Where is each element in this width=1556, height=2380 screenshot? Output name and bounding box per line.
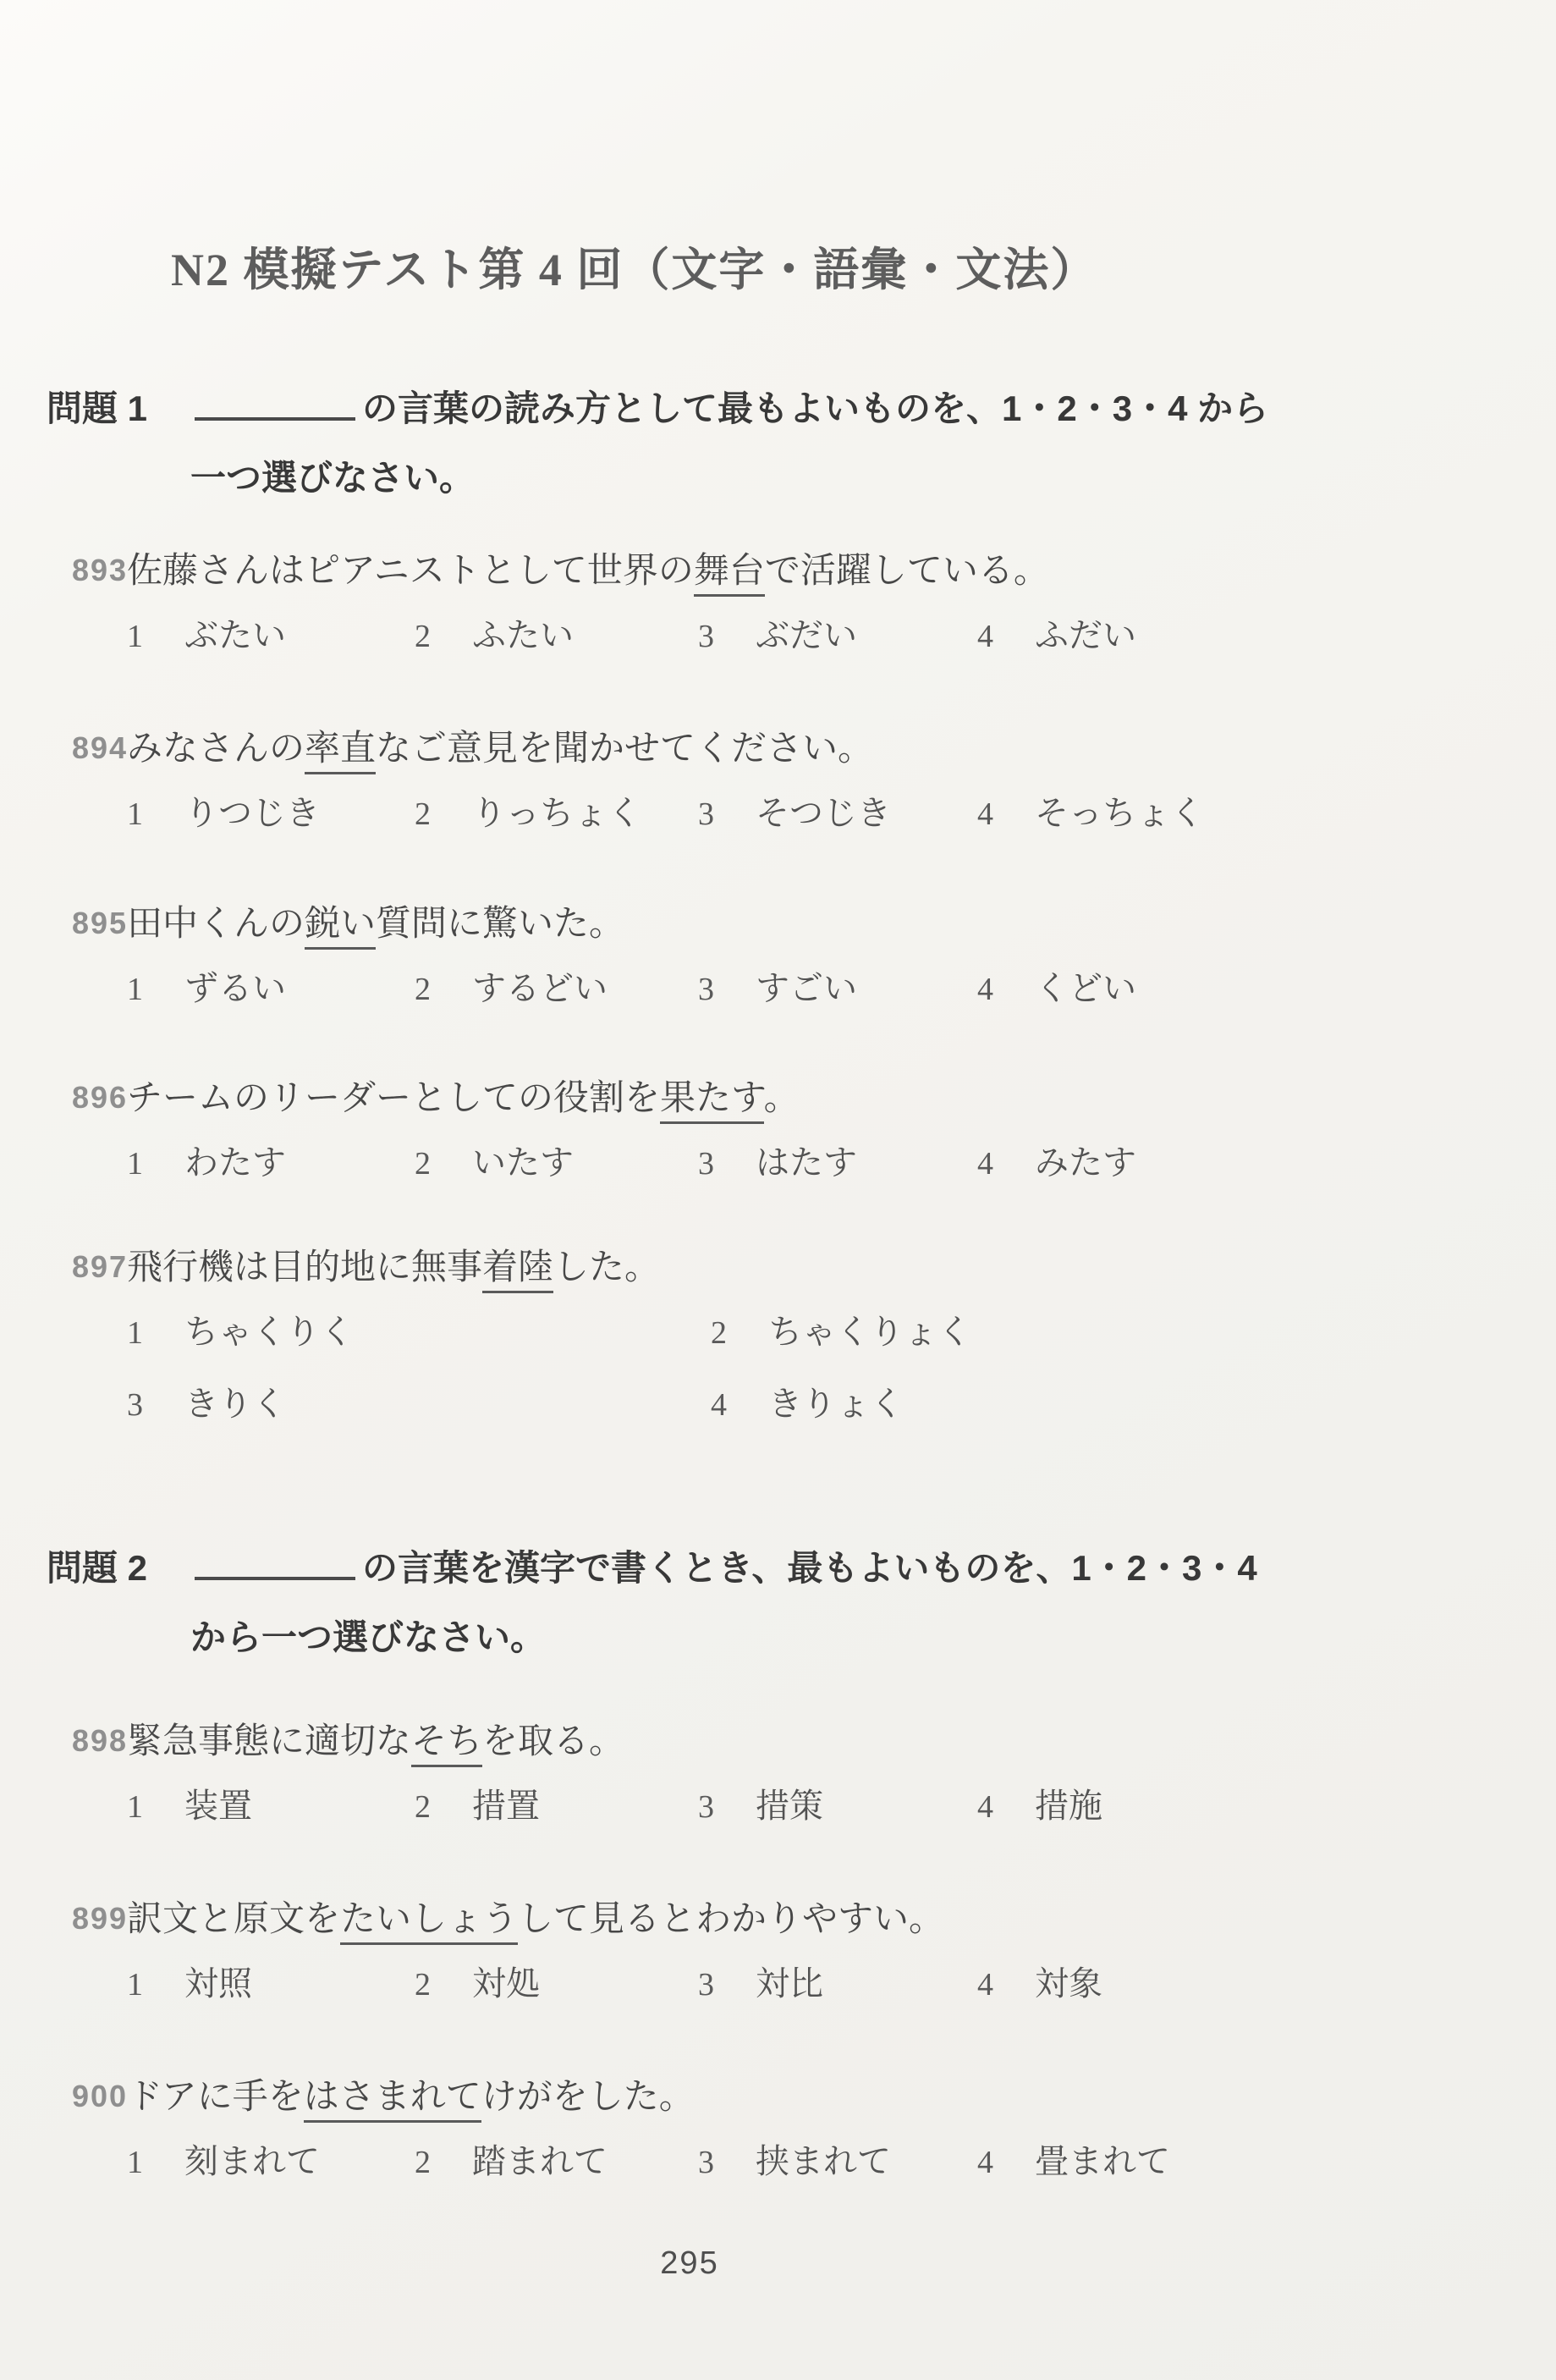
option-number: 1 [127, 1788, 184, 1826]
option-number: 4 [711, 1386, 768, 1424]
blank-underline [195, 412, 355, 421]
option-text: 対象 [1035, 1964, 1102, 2003]
sentence-pre: みなさんの [127, 730, 305, 769]
option-number: 2 [415, 1966, 472, 2003]
option-number: 1 [127, 1314, 184, 1352]
option-3: 3ぶだい [698, 609, 977, 657]
option-3: 3きりく [127, 1377, 711, 1425]
answer-options: 1りつじき2りっちょく3そつじき4そっちょく [127, 786, 1392, 835]
question-number: 895 [72, 906, 128, 941]
option-number: 1 [127, 2144, 184, 2181]
answer-options: 1ぶたい2ふたい3ぶだい4ふだい [127, 609, 1392, 657]
question-number: 898 [72, 1723, 128, 1759]
sentence-pre: 飛行機は目的地に無事 [127, 1248, 482, 1287]
option-1: 1刻まれて [127, 2135, 415, 2183]
option-2: 2ふたい [415, 609, 698, 657]
underlined-word: そち [411, 1722, 482, 1767]
option-4: 4畳まれて [977, 2135, 1392, 2183]
option-number: 4 [977, 1788, 1035, 1826]
option-4: 4対象 [977, 1957, 1392, 2005]
option-number: 2 [415, 2144, 472, 2181]
option-3: 3挟まれて [698, 2135, 977, 2183]
option-text: 刻まれて [184, 2142, 320, 2180]
option-number: 3 [698, 796, 756, 833]
option-text: ぶたい [184, 616, 286, 654]
option-number: 3 [698, 618, 756, 655]
question-number: 900 [72, 2079, 128, 2114]
option-2: 2踏まれて [415, 2135, 698, 2183]
option-number: 1 [127, 971, 184, 1008]
problem1-label: 問題 1 [47, 381, 195, 432]
option-number: 1 [127, 1145, 184, 1182]
option-text: りっちょく [472, 794, 641, 832]
question-sentence: 緊急事態に適切なそちを取る。 [127, 1716, 1392, 1767]
underlined-word: はさまれて [304, 2078, 481, 2123]
option-text: ふだい [1035, 616, 1136, 654]
sentence-post: して見るとわかりやすい。 [518, 1900, 944, 1939]
page-title: N2 模擬テスト第 4 回（文字・語彙・文法） [171, 234, 1097, 299]
option-text: 対照 [184, 1964, 252, 2003]
option-text: みたす [1035, 1143, 1136, 1182]
option-text: はたす [756, 1143, 857, 1182]
option-text: 装置 [184, 1787, 252, 1825]
option-number: 2 [415, 618, 472, 655]
answer-options: 1刻まれて2踏まれて3挟まれて4畳まれて [127, 2135, 1392, 2183]
page-number: 295 [639, 2245, 740, 2282]
question-894: 894みなさんの率直なご意見を聞かせてください。1りつじき2りっちょく3そつじき… [72, 724, 1392, 835]
question-893: 893佐藤さんはピアニストとして世界の舞台で活躍している。1ぶたい2ふたい3ぶだ… [72, 546, 1392, 657]
option-text: 挟まれて [756, 2142, 891, 2180]
question-number: 899 [72, 1901, 128, 1937]
option-number: 2 [415, 1788, 472, 1826]
option-4: 4きりょく [711, 1377, 1392, 1425]
option-4: 4くどい [977, 961, 1392, 1010]
option-text: すごい [756, 969, 857, 1007]
option-1: 1りつじき [127, 786, 415, 835]
option-number: 3 [698, 971, 756, 1008]
option-text: きりょく [768, 1385, 904, 1423]
option-text: するどい [472, 969, 608, 1007]
option-2: 2ちゃくりょく [711, 1305, 1392, 1353]
sentence-pre: 訳文と原文を [127, 1900, 340, 1939]
question-899: 899訳文と原文をたいしょうして見るとわかりやすい。1対照2対処3対比4対象 [72, 1894, 1392, 2005]
question-number: 893 [72, 553, 128, 588]
question-sentence: 田中くんの鋭い質問に驚いた。 [127, 899, 1392, 950]
option-text: 踏まれて [472, 2142, 608, 2180]
option-number: 3 [698, 1966, 756, 2003]
problem2-instruction-line1: の言葉を漢字で書くとき、最もよいものを、1・2・3・4 [362, 1548, 1257, 1588]
option-text: ふたい [472, 616, 574, 654]
option-number: 4 [977, 796, 1035, 833]
option-text: ぶだい [756, 616, 857, 654]
sentence-post: 質問に驚いた。 [376, 905, 624, 944]
option-2: 2するどい [415, 961, 698, 1010]
underlined-word: 果たす [660, 1079, 764, 1124]
question-number: 897 [72, 1249, 128, 1285]
answer-options: 1ちゃくりく2ちゃくりょく3きりく4きりょく [127, 1305, 1392, 1425]
sentence-pre: ドアに手を [127, 2078, 304, 2117]
option-number: 2 [415, 1145, 472, 1182]
option-number: 4 [977, 971, 1035, 1008]
underlined-word: 舞台 [694, 552, 765, 597]
option-text: ちゃくりく [184, 1313, 354, 1351]
option-text: りつじき [184, 794, 320, 832]
option-number: 4 [977, 1145, 1035, 1182]
option-4: 4ふだい [977, 609, 1392, 657]
sentence-post: を取る。 [482, 1722, 624, 1761]
option-number: 4 [977, 1966, 1035, 2003]
sentence-pre: 佐藤さんはピアニストとして世界の [127, 552, 694, 591]
option-number: 3 [698, 1145, 756, 1182]
option-1: 1わたす [127, 1136, 415, 1184]
option-3: 3そつじき [698, 786, 977, 835]
option-text: そっちょく [1035, 794, 1204, 832]
option-1: 1装置 [127, 1779, 415, 1827]
option-3: 3はたす [698, 1136, 977, 1184]
question-900: 900ドアに手をはさまれてけがをした。1刻まれて2踏まれて3挟まれて4畳まれて [72, 2072, 1392, 2183]
question-897: 897飛行機は目的地に無事着陸した。1ちゃくりく2ちゃくりょく3きりく4きりょく [72, 1242, 1392, 1425]
option-text: ずるい [184, 969, 286, 1007]
blank-underline [195, 1572, 355, 1580]
question-number: 896 [72, 1080, 128, 1116]
sentence-post: 。 [764, 1079, 800, 1118]
problem1-instruction-line1: の言葉の読み方として最もよいものを、1・2・3・4 から [362, 388, 1268, 428]
answer-options: 1わたす2いたす3はたす4みたす [127, 1136, 1392, 1184]
answer-options: 1対照2対処3対比4対象 [127, 1957, 1392, 2005]
option-number: 2 [415, 971, 472, 1008]
option-text: 措置 [472, 1787, 540, 1825]
problem2-instruction-line2: から一つ選びなさい。 [190, 1610, 1257, 1661]
option-text: 対比 [756, 1964, 823, 2003]
option-1: 1ちゃくりく [127, 1305, 711, 1353]
option-1: 1ずるい [127, 961, 415, 1010]
sentence-post: けがをした。 [481, 2078, 695, 2117]
sentence-pre: 田中くんの [127, 905, 305, 944]
option-4: 4そっちょく [977, 786, 1392, 835]
question-sentence: みなさんの率直なご意見を聞かせてください。 [127, 724, 1392, 774]
problem2-header: 問題 2の言葉を漢字で書くとき、最もよいものを、1・2・3・4 から一つ選びなさ… [47, 1540, 1257, 1661]
option-2: 2りっちょく [415, 786, 698, 835]
problem1-header: 問題 1の言葉の読み方として最もよいものを、1・2・3・4 から 一つ選びなさい… [47, 381, 1268, 501]
option-4: 4みたす [977, 1136, 1392, 1184]
question-sentence: チームのリーダーとしての役割を果たす。 [127, 1073, 1392, 1124]
question-number: 894 [72, 730, 128, 766]
option-3: 3対比 [698, 1957, 977, 2005]
option-text: そつじき [756, 794, 891, 832]
option-text: わたす [184, 1143, 286, 1182]
sentence-post: なご意見を聞かせてください。 [376, 730, 873, 769]
option-text: くどい [1035, 969, 1136, 1007]
problem1-instruction-line2: 一つ選びなさい。 [190, 450, 1268, 501]
sentence-post: で活躍している。 [765, 552, 1049, 591]
option-3: 3すごい [698, 961, 977, 1010]
option-text: 措策 [756, 1787, 823, 1825]
underlined-word: たいしょう [340, 1900, 518, 1945]
option-number: 4 [977, 618, 1035, 655]
option-number: 3 [698, 2144, 756, 2181]
question-896: 896チームのリーダーとしての役割を果たす。1わたす2いたす3はたす4みたす [72, 1073, 1392, 1184]
question-895: 895田中くんの鋭い質問に驚いた。1ずるい2するどい3すごい4くどい [72, 899, 1392, 1010]
option-number: 2 [711, 1314, 768, 1352]
scanned-test-page: { "page": { "title": "N2 模擬テスト第 4 回（文字・語… [0, 0, 1556, 2380]
option-2: 2対処 [415, 1957, 698, 2005]
option-text: 措施 [1035, 1787, 1102, 1825]
sentence-pre: チームのリーダーとしての役割を [127, 1079, 660, 1118]
answer-options: 1装置2措置3措策4措施 [127, 1779, 1392, 1827]
option-3: 3措策 [698, 1779, 977, 1827]
question-898: 898緊急事態に適切なそちを取る。1装置2措置3措策4措施 [72, 1716, 1392, 1827]
option-2: 2措置 [415, 1779, 698, 1827]
option-text: きりく [184, 1385, 286, 1423]
option-number: 4 [977, 2144, 1035, 2181]
question-sentence: 訳文と原文をたいしょうして見るとわかりやすい。 [127, 1894, 1392, 1945]
option-number: 3 [127, 1386, 184, 1424]
option-number: 1 [127, 1966, 184, 2003]
option-number: 1 [127, 618, 184, 655]
option-number: 3 [698, 1788, 756, 1826]
option-text: ちゃくりょく [768, 1313, 971, 1351]
option-2: 2いたす [415, 1136, 698, 1184]
underlined-word: 率直 [305, 730, 376, 774]
answer-options: 1ずるい2するどい3すごい4くどい [127, 961, 1392, 1010]
sentence-pre: 緊急事態に適切な [127, 1722, 411, 1761]
option-1: 1ぶたい [127, 609, 415, 657]
sentence-post: した。 [553, 1248, 660, 1287]
underlined-word: 着陸 [482, 1248, 553, 1293]
option-1: 1対照 [127, 1957, 415, 2005]
option-4: 4措施 [977, 1779, 1392, 1827]
option-text: 畳まれて [1035, 2142, 1170, 2180]
option-number: 1 [127, 796, 184, 833]
question-sentence: 飛行機は目的地に無事着陸した。 [127, 1242, 1392, 1293]
option-text: いたす [472, 1143, 574, 1182]
option-number: 2 [415, 796, 472, 833]
option-text: 対処 [472, 1964, 540, 2003]
question-sentence: ドアに手をはさまれてけがをした。 [127, 2072, 1392, 2123]
problem2-label: 問題 2 [47, 1540, 195, 1591]
question-sentence: 佐藤さんはピアニストとして世界の舞台で活躍している。 [127, 546, 1392, 597]
underlined-word: 鋭い [305, 905, 376, 950]
